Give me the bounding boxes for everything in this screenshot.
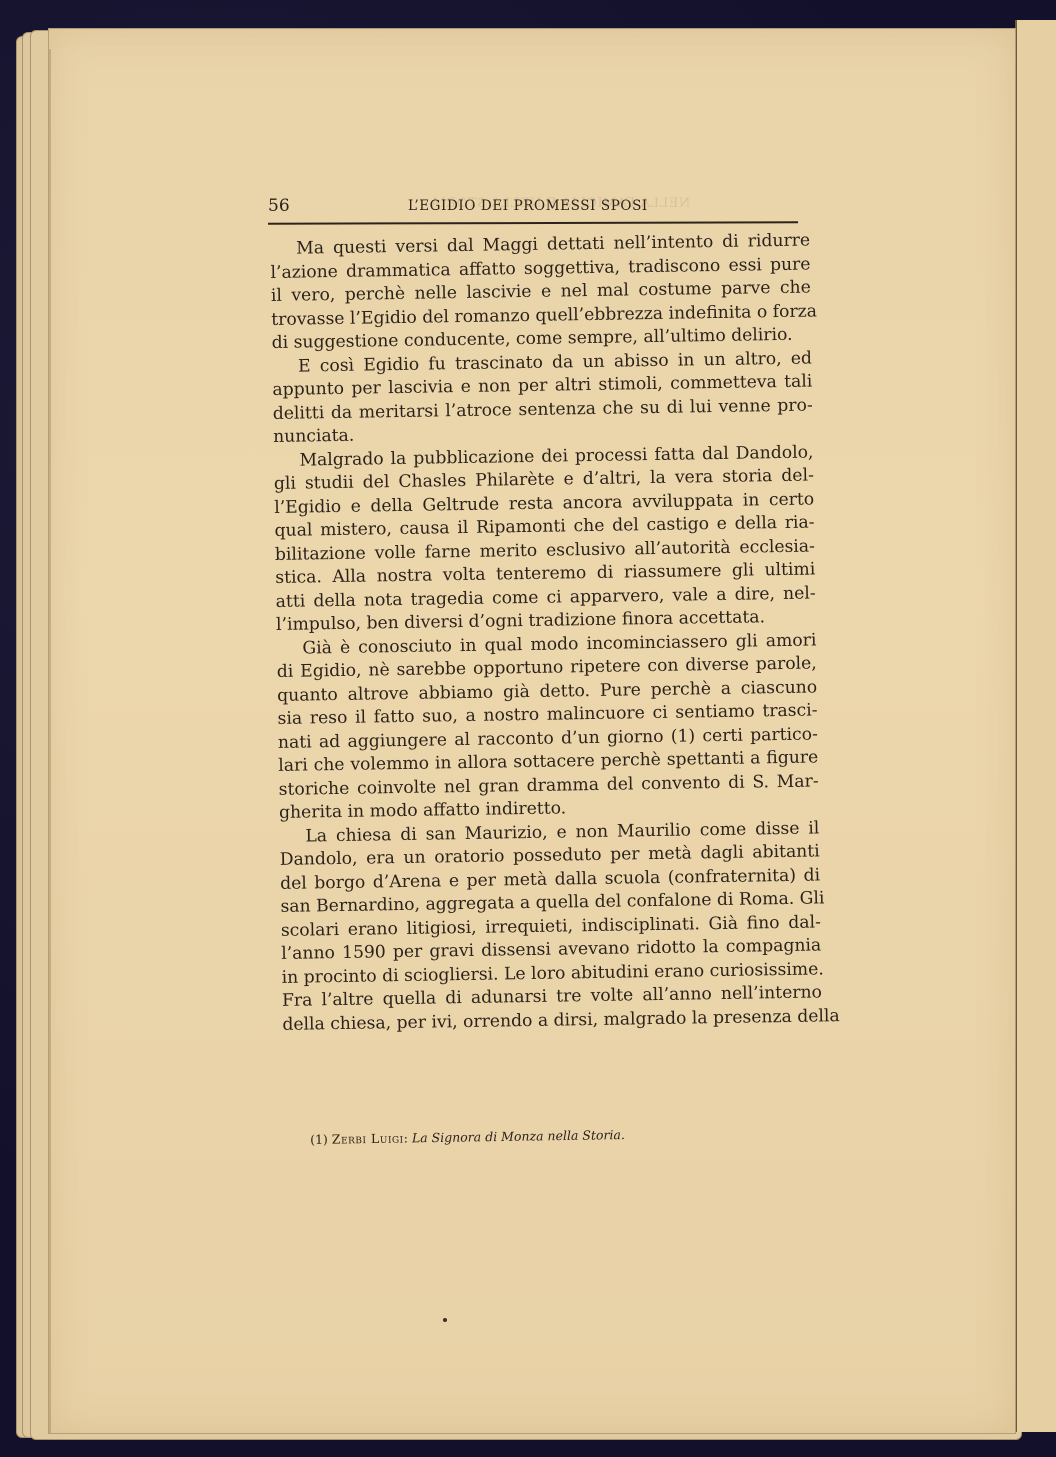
- footnote-separator: :: [404, 1130, 408, 1145]
- facing-page-edge: [1015, 20, 1056, 1432]
- footnote-marker: (1): [310, 1132, 328, 1147]
- page-fold-line: [49, 49, 51, 1433]
- ink-speck: [443, 1318, 447, 1322]
- body-text: Ma questi versi dal Maggi dettati nell’i…: [270, 230, 822, 1037]
- footnote-author: Zerbi Luigi: [332, 1131, 404, 1147]
- page-number: 56: [268, 196, 290, 216]
- running-title: L’EGIDIO DEI PROMESSI SPOSI: [408, 198, 648, 214]
- running-header: 56 L’EGIDIO DEI PROMESSI SPOSI: [268, 196, 798, 220]
